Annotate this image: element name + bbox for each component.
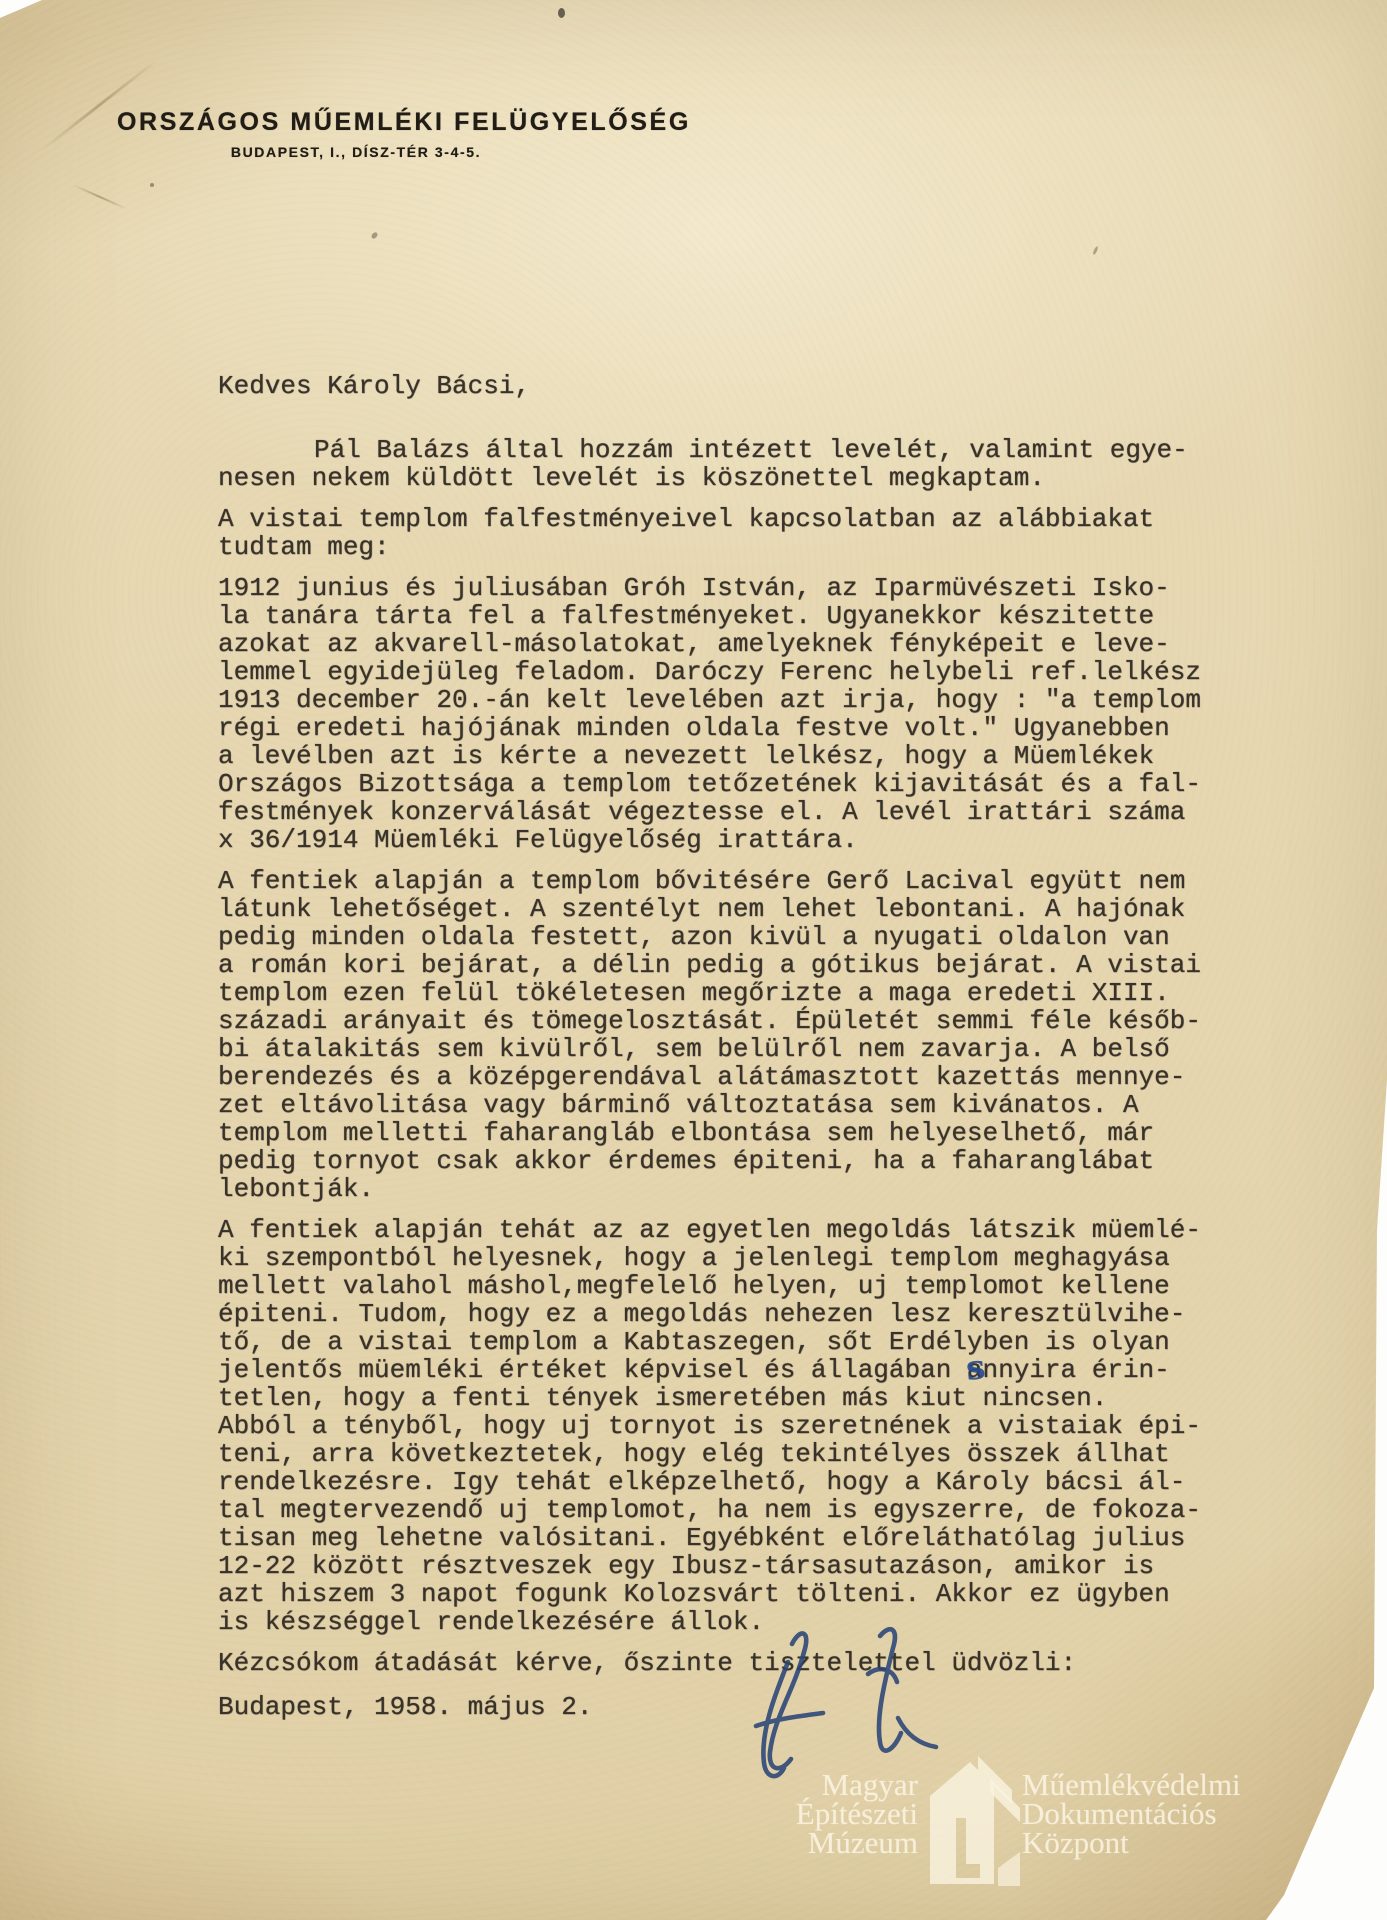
handwritten-correction-letter: s — [964, 1347, 987, 1389]
watermark-line: Magyar — [690, 1770, 918, 1799]
paragraph-2: A vistai templom falfestményeivel kapcso… — [218, 505, 1248, 561]
watermark-line: Műemlékvédelmi — [1022, 1770, 1322, 1799]
paragraph-3: 1912 junius és juliusában Gróh István, a… — [218, 574, 1248, 854]
letterhead: ORSZÁGOS MŰEMLÉKI FELÜGYELŐSÉG BUDAPEST,… — [117, 108, 595, 160]
letter-body: Kedves Károly Bácsi, Pál Balázs által ho… — [218, 372, 1248, 1734]
letterhead-organization: ORSZÁGOS MŰEMLÉKI FELÜGYELŐSÉG — [117, 108, 595, 137]
ink-speck — [150, 183, 154, 187]
salutation: Kedves Károly Bácsi, — [218, 372, 1248, 400]
scanned-letter-page: ORSZÁGOS MŰEMLÉKI FELÜGYELŐSÉG BUDAPEST,… — [0, 0, 1387, 1920]
ink-speck — [370, 231, 378, 240]
watermark-line: Központ — [1022, 1828, 1322, 1857]
watermark-line: Múzeum — [690, 1828, 918, 1857]
paragraph-4: A fentiek alapján a templom bővitésére G… — [218, 867, 1248, 1203]
watermark-line: Építészeti — [690, 1799, 918, 1828]
watermark-right-text: Műemlékvédelmi Dokumentációs Központ — [1022, 1770, 1322, 1857]
paper-sheet: ORSZÁGOS MŰEMLÉKI FELÜGYELŐSÉG BUDAPEST,… — [0, 0, 1387, 1920]
museum-house-logo-icon — [928, 1756, 1020, 1886]
ink-speck — [1092, 246, 1099, 255]
fold-crease-small — [72, 184, 128, 210]
watermark-line: Dokumentációs — [1022, 1799, 1322, 1828]
ink-speck — [558, 8, 565, 18]
watermark-left-text: Magyar Építészeti Múzeum — [690, 1770, 918, 1857]
paragraph-5: A fentiek alapján tehát az az egyetlen m… — [218, 1216, 1248, 1636]
paragraph-1: Pál Balázs által hozzám intézett levelét… — [218, 436, 1248, 492]
letterhead-address: BUDAPEST, I., DÍSZ-TÉR 3-4-5. — [117, 144, 595, 160]
